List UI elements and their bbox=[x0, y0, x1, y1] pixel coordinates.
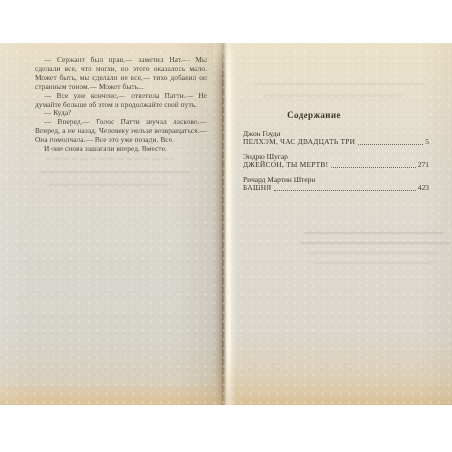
bleed-through-texture bbox=[304, 232, 444, 234]
bleed-through-texture bbox=[48, 184, 168, 186]
book-spine-gutter bbox=[213, 43, 237, 405]
toc-title-line: БАШНЯ 423 bbox=[243, 184, 429, 192]
dot-leader bbox=[331, 167, 416, 168]
toc-heading: Содержание bbox=[243, 110, 385, 120]
story-paragraph: — Вперед.— Голос Патти звучал ласково.— … bbox=[35, 118, 207, 145]
bleed-through-texture bbox=[308, 252, 438, 254]
toc-page-number: 271 bbox=[418, 161, 429, 169]
table-of-contents: Джон Гоуди ПЕЛХЭМ, ЧАС ДВАДЦАТЬ ТРИ 5 Эн… bbox=[243, 130, 429, 199]
story-text-block: — Сержант был прав,— заметил Нат.— Мы сд… bbox=[35, 56, 207, 154]
toc-page-number: 423 bbox=[418, 184, 429, 192]
story-paragraph: — Все уже кончено,— ответила Патти.— Не … bbox=[35, 92, 207, 110]
story-paragraph: И они снова зашагали вперед. Вместе. bbox=[35, 145, 207, 154]
toc-entry: Джон Гоуди ПЕЛХЭМ, ЧАС ДВАДЦАТЬ ТРИ 5 bbox=[243, 130, 429, 146]
dot-leader bbox=[358, 144, 423, 145]
bleed-through-texture bbox=[314, 262, 432, 264]
story-paragraph: — Сержант был прав,— заметил Нат.— Мы сд… bbox=[35, 56, 207, 92]
bleed-through-texture bbox=[264, 95, 404, 97]
toc-title: ДЖЕЙСОН, ТЫ МЕРТВ! bbox=[243, 161, 328, 169]
dot-leader bbox=[274, 190, 415, 191]
toc-title-line: ДЖЕЙСОН, ТЫ МЕРТВ! 271 bbox=[243, 161, 429, 169]
toc-entry: Эндрю Шугар ДЖЕЙСОН, ТЫ МЕРТВ! 271 bbox=[243, 153, 429, 169]
toc-page-number: 5 bbox=[425, 138, 429, 146]
toc-title: ПЕЛХЭМ, ЧАС ДВАДЦАТЬ ТРИ bbox=[243, 138, 355, 146]
open-book: — Сержант был прав,— заметил Нат.— Мы сд… bbox=[0, 43, 452, 405]
toc-entry: Ричард Мартин Штерн БАШНЯ 423 bbox=[243, 176, 429, 192]
bleed-through-texture bbox=[40, 171, 190, 173]
toc-title-line: ПЕЛХЭМ, ЧАС ДВАДЦАТЬ ТРИ 5 bbox=[243, 138, 429, 146]
bleed-through-texture bbox=[45, 158, 175, 160]
bleed-through-texture bbox=[254, 83, 424, 85]
right-page bbox=[224, 43, 452, 405]
toc-title: БАШНЯ bbox=[243, 184, 271, 192]
bleed-through-texture bbox=[300, 242, 450, 244]
